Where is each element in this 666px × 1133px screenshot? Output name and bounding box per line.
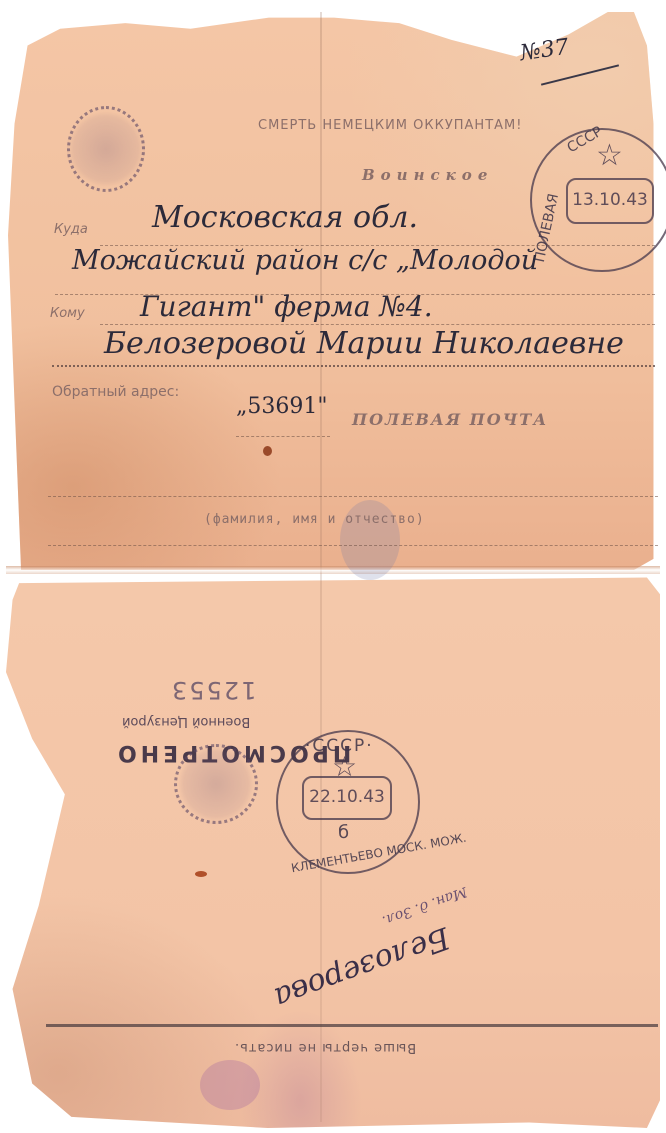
to-where-label: Куда (54, 222, 88, 237)
purple-stain (200, 1060, 260, 1110)
address-line-3: Гигант" ферма №4. (140, 290, 433, 323)
postmark-date-text: 13.10.43 (572, 190, 648, 210)
letter-header: Воинское (362, 166, 493, 184)
return-address-rule (48, 545, 658, 546)
address-line-2: Можайский район с/с „Молодой (72, 245, 538, 276)
horizontal-fold-line (6, 566, 660, 574)
censor-stamp-number: 12553 (170, 676, 256, 704)
back-postmark-date: 22.10.43 (302, 776, 392, 820)
footer-caption: Выше черты не писать. (234, 1040, 416, 1055)
censor-stamp-line2: Военной Цензурой (122, 714, 250, 729)
address-line-1: Московская обл. (152, 200, 418, 235)
postmark-date: 13.10.43 (566, 178, 654, 224)
ink-stain (195, 871, 207, 877)
back-postmark-letter: б (338, 822, 349, 843)
return-address-rule (48, 496, 658, 497)
slogan-text: СМЕРТЬ НЕМЕЦКИМ ОККУПАНТАМ! (258, 118, 522, 133)
soviet-emblem-stamp (174, 744, 258, 824)
footer-rule (46, 1024, 658, 1027)
ink-stain (263, 446, 272, 456)
field-post-number: „53691" (236, 394, 328, 419)
back-postmark-date-text: 22.10.43 (309, 787, 385, 807)
address-rule-heavy (52, 365, 655, 367)
star-icon: ☆ (596, 138, 623, 173)
name-caption: (фамилия, имя и отчество) (204, 512, 425, 527)
field-post-label: ПОЛЕВАЯ ПОЧТА (352, 410, 548, 429)
return-address-rule (236, 436, 330, 437)
to-whom-label: Кому (50, 306, 85, 321)
address-line-4: Белозеровой Марии Николаевне (104, 326, 624, 361)
address-rule (100, 324, 655, 325)
soviet-emblem-stamp (67, 106, 145, 192)
return-address-label: Обратный адрес: (52, 384, 179, 400)
